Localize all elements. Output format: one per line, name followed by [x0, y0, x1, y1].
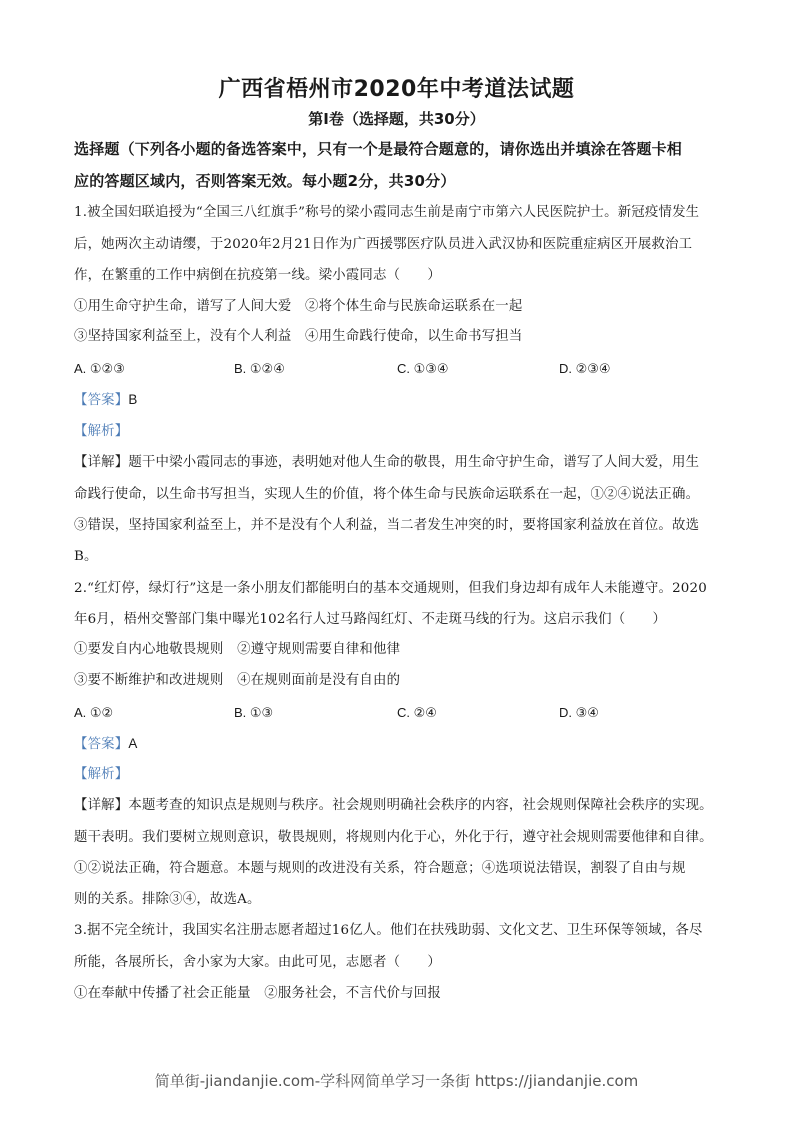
q1-detail-line-3: ③错误，坚持国家利益至上，并不是没有个人利益，当二者发生冲突的时，要将国家利益放…: [74, 517, 724, 535]
q2-option-c: C. ②④: [397, 704, 437, 722]
q1-statements-line-2: ③坚持国家利益至上，没有个人利益 ④用生命践行使命，以生命书写担当: [74, 328, 724, 346]
q1-stem-line-2: 后，她两次主动请缨，于2020年2月21日作为广西援鄂医疗队员进入武汉协和医院重…: [74, 236, 724, 254]
q1-statements-line-1: ①用生命守护生命，谱写了人间大爱 ②将个体生命与民族命运联系在一起: [74, 298, 724, 316]
q1-option-c: C. ①③④: [397, 360, 449, 378]
q2-statements-line-1: ①要发自内心地敬畏规则 ②遵守规则需要自律和他律: [74, 641, 724, 659]
detail-text: 本题考查的知识点是规则与秩序。社会规则明确社会秩序的内容，社会规则保障社会秩序的…: [128, 798, 712, 813]
q2-detail-line-4: 则的关系。排除③④，故选A。: [74, 891, 724, 909]
q1-stem-line-3: 作，在繁重的工作中病倒在抗疫第一线。梁小霞同志（ ）: [74, 267, 724, 285]
q3-statements-line-1: ①在奉献中传播了社会正能量 ②服务社会，不言代价与回报: [74, 985, 724, 1003]
q1-detail-line-4: B。: [74, 548, 724, 566]
answer-value: B: [128, 392, 137, 407]
q2-statements-line-2: ③要不断维护和改进规则 ④在规则面前是没有自由的: [74, 672, 724, 690]
q1-option-a: A. ①②③: [74, 360, 125, 378]
q1-answer: 【答案】B: [74, 391, 724, 410]
q1-option-b: B. ①②④: [234, 360, 285, 378]
q2-stem-line-2: 年6月，梧州交警部门集中曝光102名行人过马路闯红灯、不走斑马线的行为。这启示我…: [74, 611, 724, 629]
q2-detail-line-1: 【详解】本题考查的知识点是规则与秩序。社会规则明确社会秩序的内容，社会规则保障社…: [74, 797, 724, 815]
detail-tag: 【详解】: [74, 798, 128, 813]
q2-option-a: A. ①②: [74, 704, 113, 722]
exam-page: 广西省梧州市2020年中考道法试题 第Ⅰ卷（选择题，共30分） 选择题（下列各小…: [0, 0, 793, 1122]
q2-analysis-tag-line: 【解析】: [74, 766, 724, 784]
q2-detail-line-2: 题干表明。我们要树立规则意识，敬畏规则，将规则内化于心，外化于行，遵守社会规则需…: [74, 829, 724, 847]
q2-answer: 【答案】A: [74, 735, 724, 754]
q2-stem-line-1: 2.“红灯停，绿灯行”这是一条小朋友们都能明白的基本交通规则，但我们身边却有成年…: [74, 580, 724, 598]
q2-detail-line-3: ①②说法正确，符合题意。本题与规则的改进没有关系，符合题意；④选项说法错误，割裂…: [74, 860, 724, 878]
analysis-tag: 【解析】: [74, 424, 128, 439]
document-title: 广西省梧州市2020年中考道法试题: [0, 72, 793, 103]
instructions-line-1: 选择题（下列各小题的备选答案中，只有一个是最符合题意的，请你选出并填涂在答题卡相: [74, 140, 724, 158]
q1-detail-line-2: 命践行使命，以生命书写担当，实现人生的价值，将个体生命与民族命运联系在一起，①②…: [74, 486, 724, 504]
answer-tag: 【答案】: [74, 737, 128, 752]
q2-option-b: B. ①③: [234, 704, 273, 722]
q1-detail-line-1: 【详解】题干中梁小霞同志的事迹，表明她对他人生命的敬畏，用生命守护生命，谱写了人…: [74, 454, 724, 472]
q3-stem-line-1: 3.据不完全统计，我国实名注册志愿者超过16亿人。他们在扶残助弱、文化文艺、卫生…: [74, 922, 724, 940]
analysis-tag: 【解析】: [74, 767, 128, 782]
q1-analysis-tag-line: 【解析】: [74, 423, 724, 441]
q1-option-d: D. ②③④: [559, 360, 611, 378]
q2-option-d: D. ③④: [559, 704, 599, 722]
answer-value: A: [128, 736, 137, 751]
answer-tag: 【答案】: [74, 393, 128, 408]
detail-tag: 【详解】: [74, 455, 128, 470]
q1-stem-line-1: 1.被全国妇联追授为“全国三八红旗手”称号的梁小霞同志生前是南宁市第六人民医院护…: [74, 204, 724, 222]
section-heading: 第Ⅰ卷（选择题，共30分）: [0, 108, 793, 129]
instructions-line-2: 应的答题区域内，否则答案无效。每小题2分，共30分）: [74, 172, 724, 190]
detail-text: 题干中梁小霞同志的事迹，表明她对他人生命的敬畏，用生命守护生命，谱写了人间大爱，…: [128, 455, 699, 470]
page-footer: 简单街-jiandanjie.com-学科网简单学习一条街 https://ji…: [0, 1070, 793, 1091]
q3-stem-line-2: 所能，各展所长，舍小家为大家。由此可见，志愿者（ ）: [74, 954, 724, 972]
